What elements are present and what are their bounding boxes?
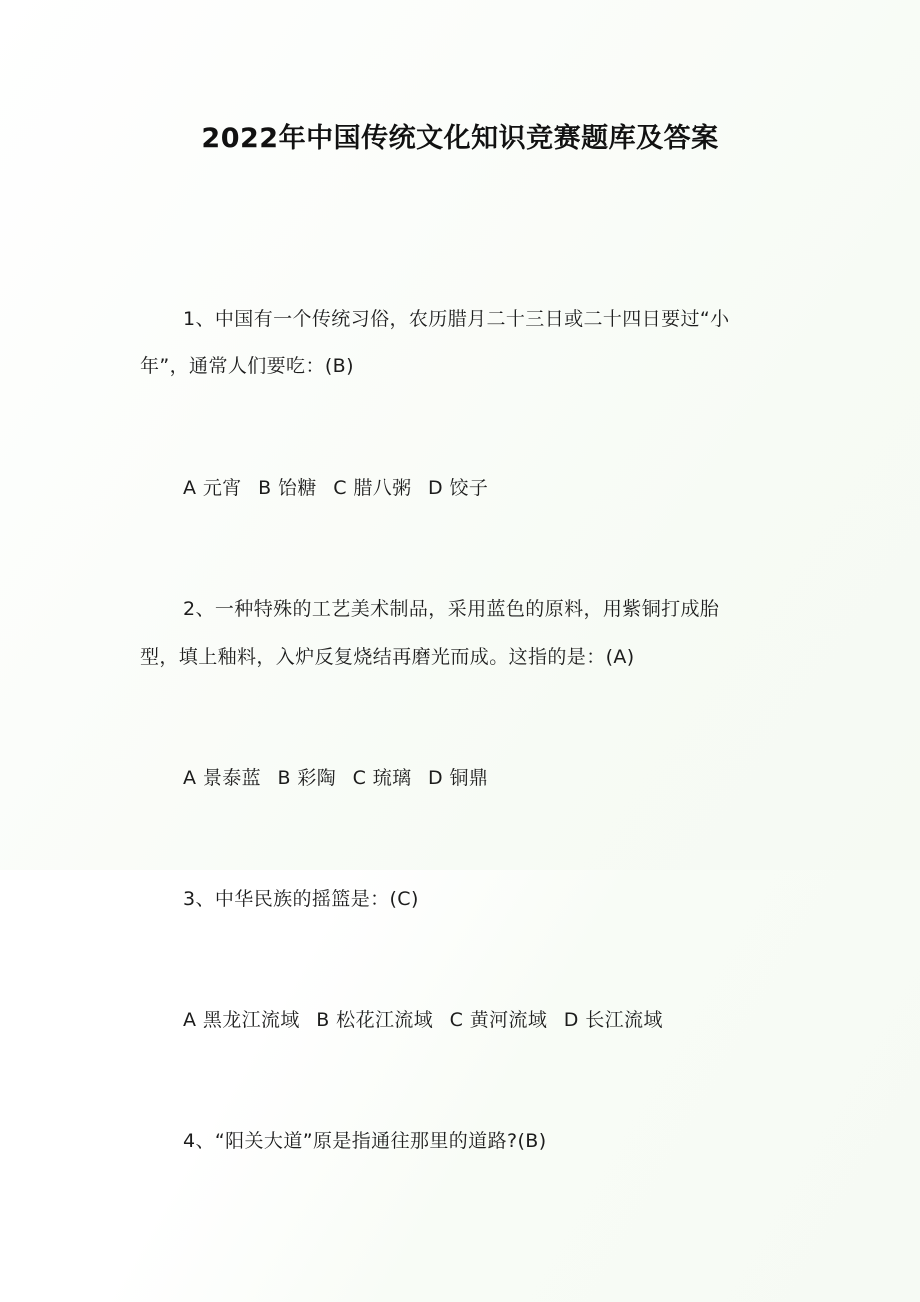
option-d: D 长江流域 <box>564 1009 663 1031</box>
question-4-line-1: 4、“阳关大道”原是指通往那里的道路?(B) <box>183 1128 547 1154</box>
question-3-line-1: 3、中华民族的摇篮是：(C) <box>183 886 419 912</box>
question-2-line-1: 2、一种特殊的工艺美术制品，采用蓝色的原料，用紫铜打成胎 <box>183 596 719 622</box>
option-d: D 铜鼎 <box>428 767 488 789</box>
question-2-line-2: 型，填上釉料，入炉反复烧结再磨光而成。这指的是：(A) <box>140 644 635 670</box>
question-2-options: A 景泰蓝 B 彩陶 C 琉璃 D 铜鼎 <box>183 765 488 791</box>
question-1-line-2: 年”，通常人们要吃：(B) <box>140 353 354 379</box>
question-1-options: A 元宵 B 饴糖 C 腊八粥 D 饺子 <box>183 475 488 501</box>
option-c: C 腊八粥 <box>333 477 411 499</box>
option-a: A 景泰蓝 <box>183 767 261 789</box>
option-b: B 彩陶 <box>278 767 337 789</box>
question-3-options: A 黑龙江流域 B 松花江流域 C 黄河流域 D 长江流域 <box>183 1007 663 1033</box>
option-c: C 琉璃 <box>353 767 412 789</box>
option-d: D 饺子 <box>428 477 488 499</box>
option-c: C 黄河流域 <box>450 1009 548 1031</box>
option-b: B 松花江流域 <box>316 1009 433 1031</box>
question-1-line-1: 1、中国有一个传统习俗，农历腊月二十三日或二十四日要过“小 <box>183 306 730 332</box>
option-b: B 饴糖 <box>258 477 317 499</box>
option-a: A 黑龙江流域 <box>183 1009 300 1031</box>
option-a: A 元宵 <box>183 477 242 499</box>
document-title: 2022年中国传统文化知识竞赛题库及答案 <box>0 116 920 155</box>
document-page: 2022年中国传统文化知识竞赛题库及答案 1、中国有一个传统习俗，农历腊月二十三… <box>0 0 920 1302</box>
